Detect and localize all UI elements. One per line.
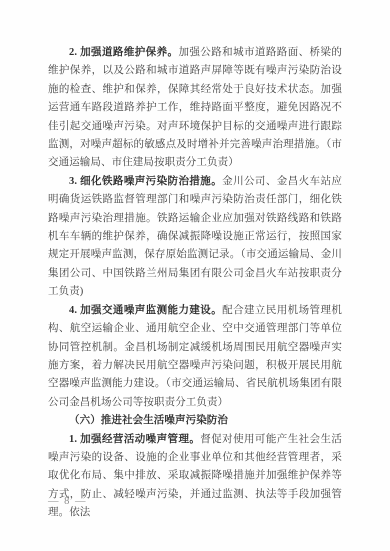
document-body: 2. 加强道路维护保养。加强公路和城市道路路面、桥梁的维护保养，以及公路和城市道… bbox=[48, 44, 342, 523]
section-heading-six: （六）推进社会生活噪声污染防治 bbox=[48, 412, 342, 430]
paragraph-item-2-lead: 2. 加强道路维护保养。 bbox=[69, 47, 178, 58]
paragraph-item-2: 2. 加强道路维护保养。加强公路和城市道路路面、桥梁的维护保养，以及公路和城市道… bbox=[48, 44, 342, 173]
paragraph-item-4-body: 配合建立民用机场管理机构、航空运输企业、通用航空企业、空中交通管理部门等单位协同… bbox=[48, 305, 342, 408]
paragraph-item-4-lead: 4. 加强交通噪声监测能力建设。 bbox=[69, 305, 222, 316]
paragraph-item-1-lead: 1. 加强经营活动噪声管理。 bbox=[69, 434, 200, 445]
paragraph-item-1-body: 督促对使用可能产生社会生活噪声污染的设备、设施的企业事业单位和其他经营管理者，采… bbox=[48, 434, 342, 519]
paragraph-item-2-body: 加强公路和城市道路路面、桥梁的维护保养，以及公路和城市道路声屏障等既有噪声污染防… bbox=[48, 47, 342, 168]
paragraph-item-3-body: 金川公司、金昌火车站应明确货运铁路监督管理部门和噪声污染防治责任部门，细化铁路噪… bbox=[48, 176, 342, 297]
page-number: — 8 — bbox=[48, 496, 87, 507]
paragraph-item-3: 3. 细化铁路噪声污染防治措施。金川公司、金昌火车站应明确货运铁路监督管理部门和… bbox=[48, 173, 342, 302]
document-page: 2. 加强道路维护保养。加强公路和城市道路路面、桥梁的维护保养，以及公路和城市道… bbox=[0, 0, 390, 551]
paragraph-item-1: 1. 加强经营活动噪声管理。督促对使用可能产生社会生活噪声污染的设备、设施的企业… bbox=[48, 431, 342, 523]
paragraph-item-3-lead: 3. 细化铁路噪声污染防治措施。 bbox=[69, 176, 222, 187]
paragraph-item-4: 4. 加强交通噪声监测能力建设。配合建立民用机场管理机构、航空运输企业、通用航空… bbox=[48, 302, 342, 412]
